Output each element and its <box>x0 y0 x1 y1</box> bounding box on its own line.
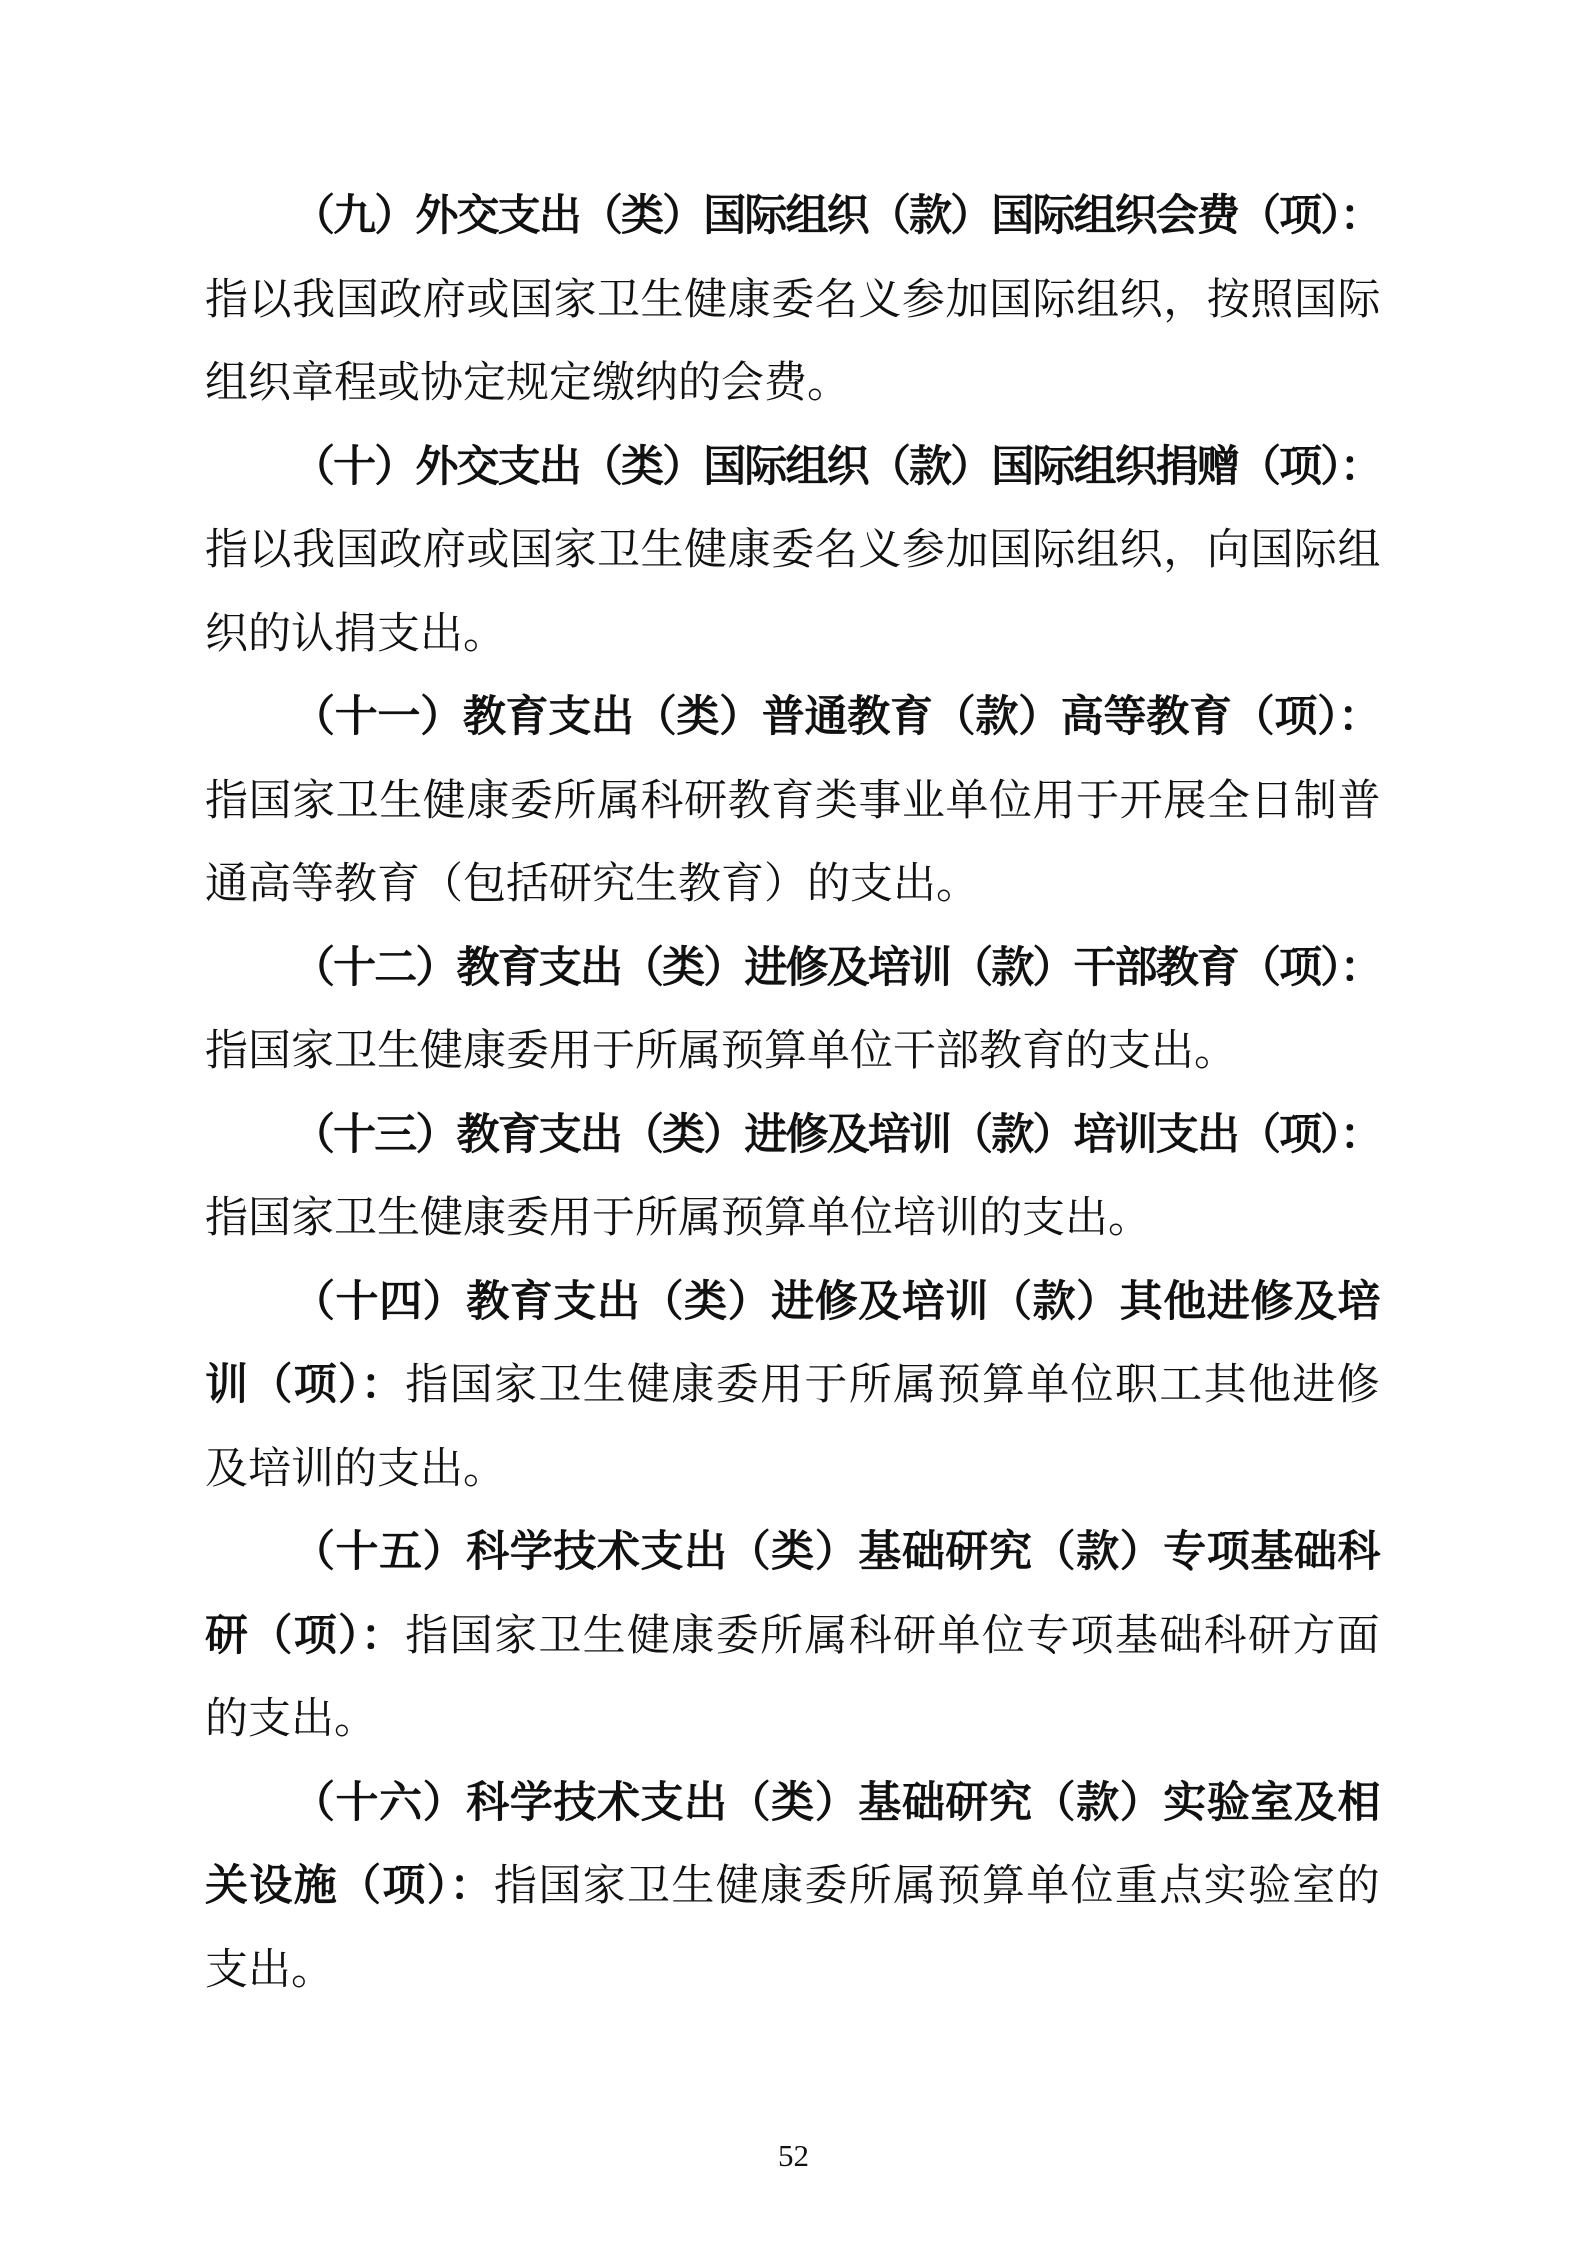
heading-text: （十一）教育支出（类）普通教育（款）高等教育（项）： <box>292 693 1381 741</box>
paragraph: （十二）教育支出（类）进修及培训（款）干部教育（项）：指国家卫生健康委用于所属预… <box>205 927 1381 1094</box>
heading-text: （十四）教育支出（类）进修及培训（款）其他进修及培 <box>292 1278 1381 1326</box>
body-text: 指国家卫生健康委所属科研教育类事业单位用于开展全日制普 <box>205 778 1381 825</box>
text-line: 指以我国政府或国家卫生健康委名义参加国际组织，向国际组 <box>205 509 1381 593</box>
text-line: （十四）教育支出（类）进修及培训（款）其他进修及培 <box>205 1261 1381 1345</box>
heading-text: （九）外交支出（类）国际组织（款）国际组织会费（项）： <box>292 192 1381 240</box>
text-line: 研（项）：指国家卫生健康委所属科研单位专项基础科研方面 <box>205 1595 1381 1679</box>
body-text: 指国家卫生健康委用于所属预算单位干部教育的支出。 <box>205 1028 1237 1075</box>
heading-text: 训（项）： <box>205 1361 405 1409</box>
body-text: 指以我国政府或国家卫生健康委名义参加国际组织，向国际组 <box>205 527 1381 574</box>
text-line: 指国家卫生健康委用于所属预算单位培训的支出。 <box>205 1177 1381 1261</box>
text-line: （十二）教育支出（类）进修及培训（款）干部教育（项）： <box>205 927 1381 1011</box>
text-line: （十六）科学技术支出（类）基础研究（款）实验室及相 <box>205 1762 1381 1846</box>
paragraph: （十三）教育支出（类）进修及培训（款）培训支出（项）：指国家卫生健康委用于所属预… <box>205 1094 1381 1261</box>
paragraph: （九）外交支出（类）国际组织（款）国际组织会费（项）：指以我国政府或国家卫生健康… <box>205 175 1381 426</box>
text-line: 指国家卫生健康委所属科研教育类事业单位用于开展全日制普 <box>205 760 1381 844</box>
body-text: 的支出。 <box>205 1696 377 1743</box>
heading-text: （十二）教育支出（类）进修及培训（款）干部教育（项）： <box>292 944 1381 992</box>
page-number: 52 <box>0 2138 1587 2174</box>
body-text: 指国家卫生健康委用于所属预算单位职工其他进修 <box>405 1362 1381 1409</box>
body-text: 及培训的支出。 <box>205 1446 506 1493</box>
text-line: 指以我国政府或国家卫生健康委名义参加国际组织，按照国际 <box>205 259 1381 343</box>
text-line: 的支出。 <box>205 1678 1381 1762</box>
text-line: 通高等教育（包括研究生教育）的支出。 <box>205 843 1381 927</box>
text-line: （十一）教育支出（类）普通教育（款）高等教育（项）： <box>205 676 1381 760</box>
text-line: 织的认捐支出。 <box>205 593 1381 677</box>
text-line: （九）外交支出（类）国际组织（款）国际组织会费（项）： <box>205 175 1381 259</box>
body-text: 指以我国政府或国家卫生健康委名义参加国际组织，按照国际 <box>205 277 1381 324</box>
text-line: 支出。 <box>205 1929 1381 2013</box>
text-line: （十）外交支出（类）国际组织（款）国际组织捐赠（项）： <box>205 426 1381 510</box>
paragraph: （十五）科学技术支出（类）基础研究（款）专项基础科研（项）：指国家卫生健康委所属… <box>205 1511 1381 1762</box>
paragraph: （十）外交支出（类）国际组织（款）国际组织捐赠（项）：指以我国政府或国家卫生健康… <box>205 426 1381 677</box>
heading-text: 研（项）： <box>205 1612 405 1660</box>
text-line: 指国家卫生健康委用于所属预算单位干部教育的支出。 <box>205 1010 1381 1094</box>
body-text: 指国家卫生健康委用于所属预算单位培训的支出。 <box>205 1195 1151 1242</box>
body-text: 通高等教育（包括研究生教育）的支出。 <box>205 861 979 908</box>
body-text: 支出。 <box>205 1947 334 1994</box>
body-text: 指国家卫生健康委所属预算单位重点实验室的 <box>494 1863 1381 1910</box>
paragraph: （十四）教育支出（类）进修及培训（款）其他进修及培训（项）：指国家卫生健康委用于… <box>205 1261 1381 1512</box>
document-page: （九）外交支出（类）国际组织（款）国际组织会费（项）：指以我国政府或国家卫生健康… <box>0 0 1587 2245</box>
body-text: 指国家卫生健康委所属科研单位专项基础科研方面 <box>405 1613 1381 1660</box>
body-text: 织的认捐支出。 <box>205 611 506 658</box>
heading-text: （十五）科学技术支出（类）基础研究（款）专项基础科 <box>292 1528 1381 1576</box>
heading-text: （十六）科学技术支出（类）基础研究（款）实验室及相 <box>292 1779 1381 1827</box>
heading-text: （十三）教育支出（类）进修及培训（款）培训支出（项）： <box>292 1111 1381 1159</box>
text-line: （十三）教育支出（类）进修及培训（款）培训支出（项）： <box>205 1094 1381 1178</box>
text-line: 组织章程或协定规定缴纳的会费。 <box>205 342 1381 426</box>
document-body: （九）外交支出（类）国际组织（款）国际组织会费（项）：指以我国政府或国家卫生健康… <box>205 175 1381 2012</box>
body-text: 组织章程或协定规定缴纳的会费。 <box>205 360 850 407</box>
text-line: 及培训的支出。 <box>205 1428 1381 1512</box>
paragraph: （十一）教育支出（类）普通教育（款）高等教育（项）：指国家卫生健康委所属科研教育… <box>205 676 1381 927</box>
text-line: 关设施（项）：指国家卫生健康委所属预算单位重点实验室的 <box>205 1845 1381 1929</box>
heading-text: 关设施（项）： <box>205 1862 494 1910</box>
heading-text: （十）外交支出（类）国际组织（款）国际组织捐赠（项）： <box>292 443 1381 491</box>
paragraph: （十六）科学技术支出（类）基础研究（款）实验室及相关设施（项）：指国家卫生健康委… <box>205 1762 1381 2013</box>
text-line: 训（项）：指国家卫生健康委用于所属预算单位职工其他进修 <box>205 1344 1381 1428</box>
text-line: （十五）科学技术支出（类）基础研究（款）专项基础科 <box>205 1511 1381 1595</box>
